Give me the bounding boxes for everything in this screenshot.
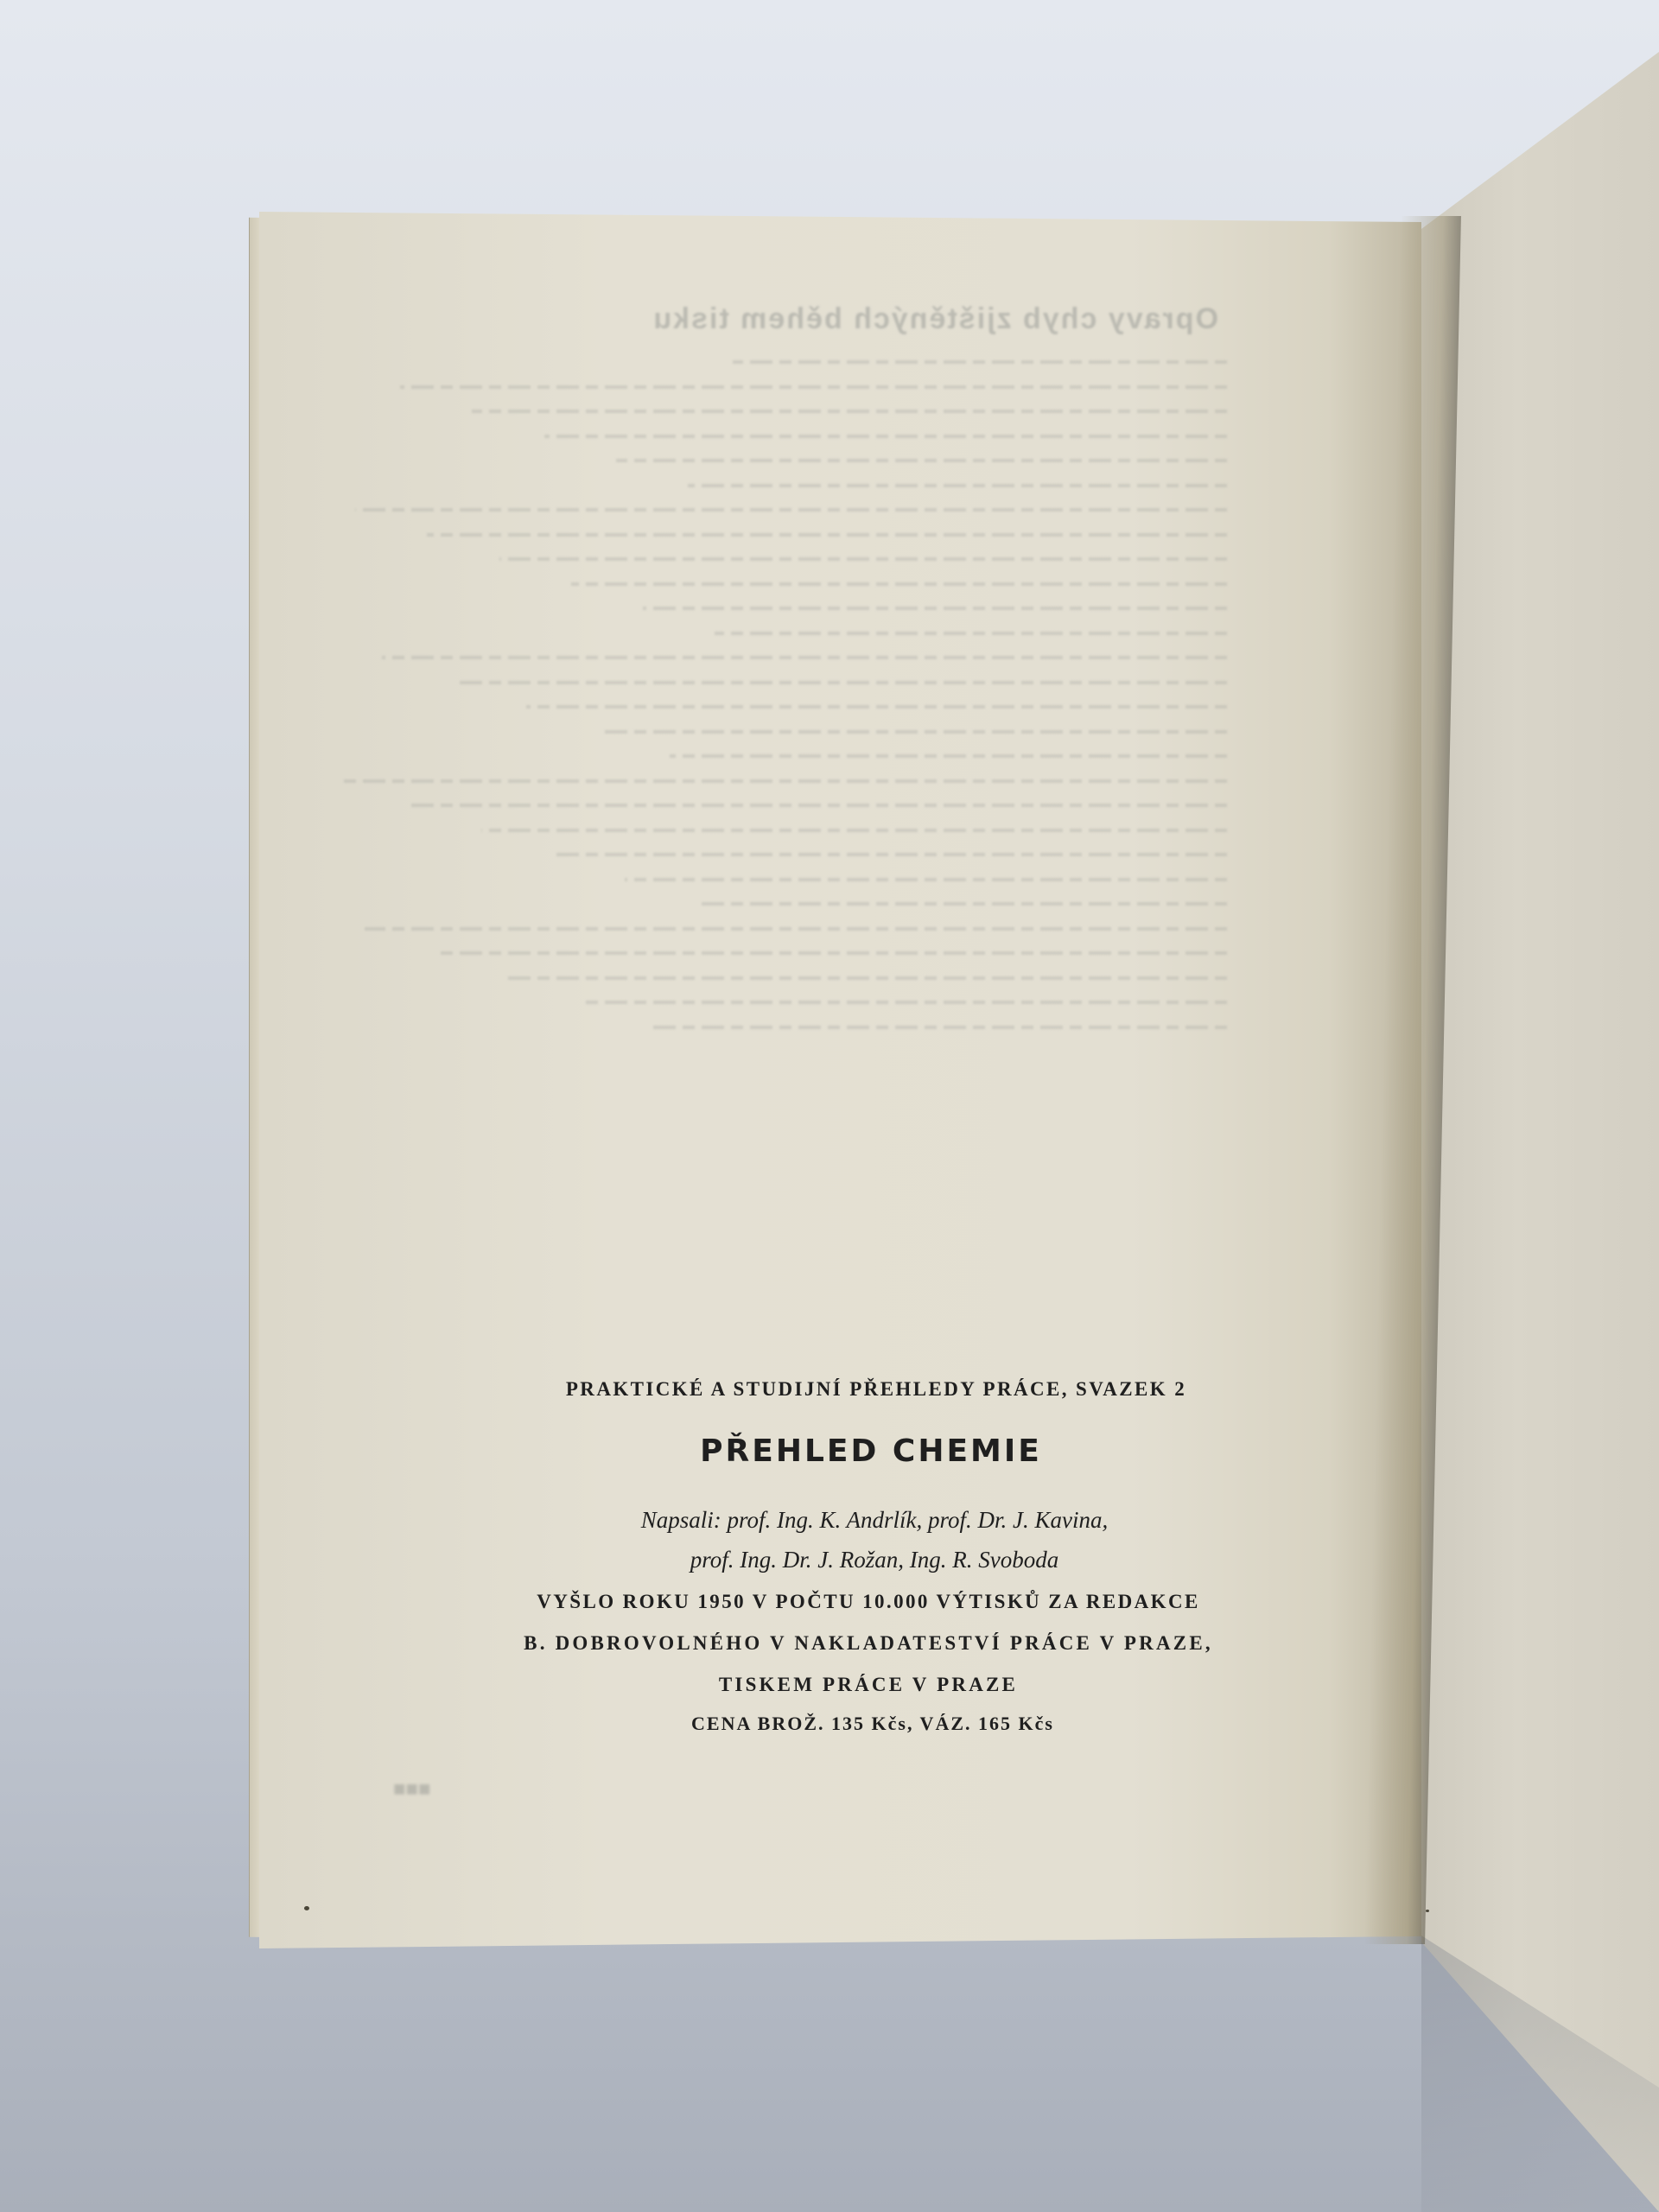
showthrough-line xyxy=(481,829,1227,832)
showthrough-line xyxy=(598,730,1227,734)
authors-line-1: Napsali: prof. Ing. K. Andrlík, prof. Dr… xyxy=(432,1500,1305,1540)
paper-speck xyxy=(304,1906,309,1910)
book-title: PŘEHLED CHEMIE xyxy=(432,1433,1305,1469)
showthrough-lines xyxy=(328,360,1227,1029)
showthrough-line xyxy=(436,951,1227,955)
showthrough-line xyxy=(616,459,1227,462)
showthrough-page-number: ■■■ xyxy=(393,1778,431,1802)
showthrough-heading: Opravy chyb zjištěných během tisku xyxy=(328,302,1227,336)
showthrough-line xyxy=(472,410,1227,413)
showthrough-line xyxy=(733,360,1227,364)
showthrough-line xyxy=(696,902,1227,906)
showthrough-line xyxy=(625,878,1227,881)
series-line: PRAKTICKÉ A STUDIJNÍ PŘEHLEDY PRÁCE, SVA… xyxy=(432,1378,1305,1401)
showthrough-line xyxy=(337,779,1227,783)
authors-line-2: prof. Ing. Dr. J. Rožan, Ing. R. Svoboda xyxy=(432,1540,1305,1580)
showthrough-line xyxy=(508,976,1227,980)
paper-speck xyxy=(1426,1910,1429,1912)
showthrough-line xyxy=(715,632,1227,635)
showthrough-line xyxy=(553,853,1227,856)
price-line: CENA BROŽ. 135 Kčs, VÁZ. 165 Kčs xyxy=(432,1713,1305,1735)
showthrough-line xyxy=(427,533,1227,537)
showthrough-line xyxy=(355,508,1227,512)
showthrough-line xyxy=(410,804,1227,807)
showthrough-line xyxy=(544,435,1227,438)
showthrough-line xyxy=(526,705,1227,709)
showthrough-line xyxy=(643,607,1227,610)
showthrough-line xyxy=(454,681,1227,684)
imprint-line-2: B. DOBROVOLNÉHO V NAKLADATESTVÍ PRÁCE V … xyxy=(432,1624,1305,1662)
showthrough-line xyxy=(571,582,1227,586)
showthrough-line xyxy=(670,754,1227,758)
showthrough-line xyxy=(382,656,1227,659)
showthrough-line xyxy=(580,1001,1227,1004)
imprint-line-3: TISKEM PRÁCE V PRAZE xyxy=(432,1666,1305,1704)
showthrough-line xyxy=(400,385,1227,389)
showthrough-line xyxy=(688,484,1227,487)
colophon: PRAKTICKÉ A STUDIJNÍ PŘEHLEDY PRÁCE, SVA… xyxy=(432,1378,1305,1735)
reverse-side-showthrough: Opravy chyb zjištěných během tisku xyxy=(328,302,1227,1050)
showthrough-line xyxy=(652,1026,1227,1029)
showthrough-line xyxy=(365,927,1227,931)
imprint-line-1: VYŠLO ROKU 1950 V POČTU 10.000 VÝTISKŮ Z… xyxy=(432,1583,1305,1621)
showthrough-line xyxy=(499,557,1227,561)
